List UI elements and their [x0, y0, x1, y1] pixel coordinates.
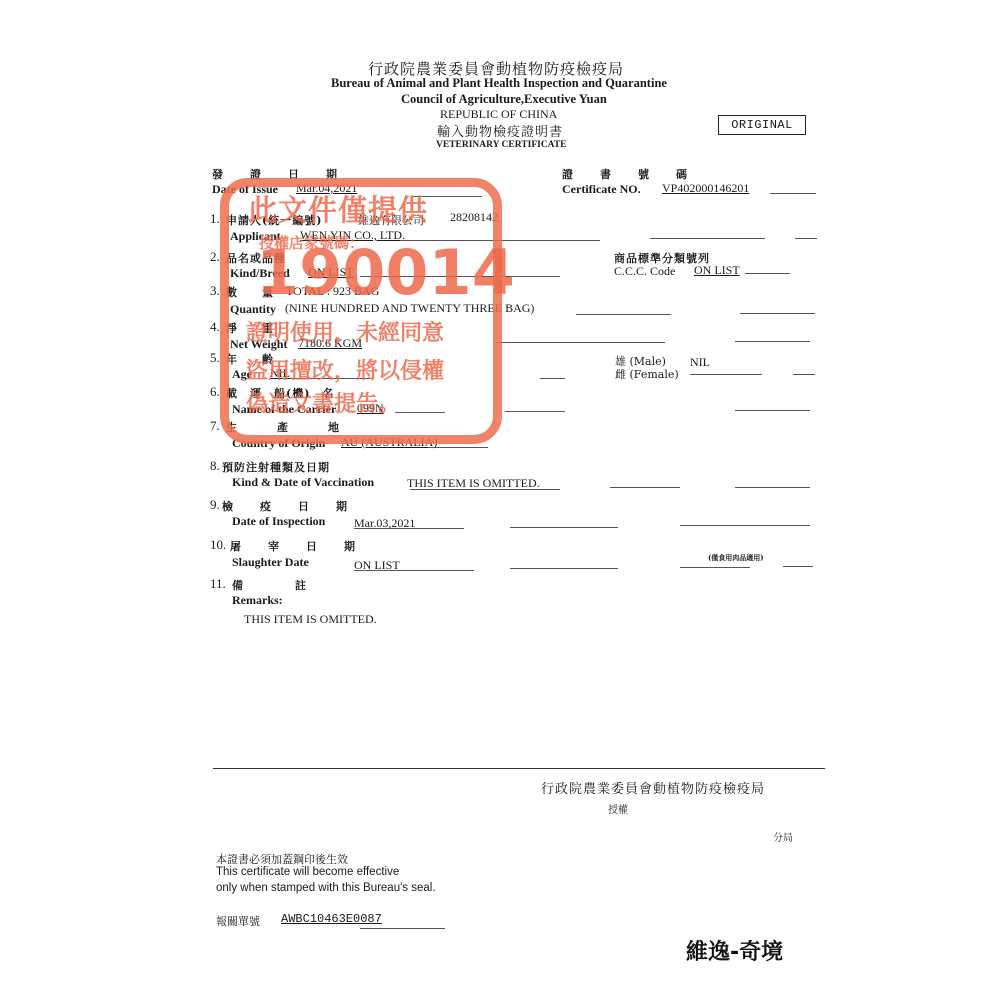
doc-title-en: VETERINARY CERTIFICATE: [436, 140, 567, 150]
bureau-title-en: Bureau of Animal and Plant Health Inspec…: [331, 76, 667, 91]
slaughter-label-zh: 屠 宰 日 期: [230, 538, 363, 554]
country-title: REPUBLIC OF CHINA: [440, 107, 557, 122]
origin-value: AU (AUSTRALIA): [341, 435, 437, 450]
vaccination-label-zh: 預防注射種類及日期: [222, 459, 330, 475]
origin-label-zh: 生 產 地: [226, 419, 345, 435]
doc-title-zh: 輸入動物檢疫證明書: [437, 121, 563, 140]
stamp-line-3: 190014: [256, 242, 515, 304]
certificate-number: VP402000146201: [662, 181, 749, 196]
validity-zh: 本證書必須加蓋鋼印後生效: [216, 851, 348, 867]
slaughter-num: 10.: [210, 537, 226, 553]
slaughter-label: Slaughter Date: [232, 555, 309, 570]
vaccination-num: 8.: [210, 458, 220, 474]
validity-en-2: only when stamped with this Bureau's sea…: [216, 882, 436, 894]
inspection-label-zh: 檢 疫 日 期: [222, 498, 355, 514]
vaccination-label: Kind & Date of Vaccination: [232, 475, 374, 490]
stamp-line-4: 證明使用，未經同意: [246, 316, 444, 347]
certificate-label-zh: 證 書 號 碼: [562, 166, 695, 182]
quantity-num: 3.: [210, 283, 220, 299]
remarks-num: 11.: [210, 576, 226, 592]
remarks-label: Remarks:: [232, 593, 283, 608]
carrier-num: 6.: [210, 384, 220, 400]
applicant-tax-id: 28208142: [450, 210, 498, 225]
sex-value: NIL: [690, 355, 710, 370]
ccc-value: ON LIST: [694, 263, 740, 278]
remarks-value: THIS ITEM IS OMITTED.: [244, 612, 377, 627]
kind-num: 2.: [210, 249, 220, 265]
stamp-line-5: 盜用擅改，將以侵權: [246, 354, 444, 385]
age-num: 5.: [210, 350, 220, 366]
issue-date-label-zh: 發 證 日 期: [212, 166, 345, 182]
validity-en-1: This certificate will become effective: [216, 866, 399, 878]
authorized-zh: 授權: [608, 801, 628, 816]
council-title: Council of Agriculture,Executive Yuan: [401, 92, 607, 107]
inspection-label: Date of Inspection: [232, 514, 325, 529]
origin-label: Country of Origin: [232, 436, 325, 451]
remarks-label-zh: 備 註: [232, 577, 316, 593]
declaration-label-zh: 報關單號: [216, 913, 260, 929]
certificate-label: Certificate NO.: [562, 182, 641, 197]
ccc-label: C.C.C. Code: [614, 264, 675, 279]
sex-female-label: 雌 (Female): [615, 366, 679, 382]
authority-zh: 行政院農業委員會動植物防疫檢疫局: [541, 778, 765, 797]
stamp-line-6: 偽造文書提告。: [246, 387, 400, 418]
brand-label: 維逸-奇境: [686, 935, 783, 966]
stamp-line-1: 此文件僅提供: [248, 188, 428, 229]
applicant-num: 1.: [210, 211, 220, 227]
declaration-number: AWBC10463E0087: [281, 912, 382, 926]
net-weight-num: 4.: [210, 319, 220, 335]
slaughter-note: (僅食用肉品適用): [708, 553, 764, 563]
branch-zh: 分局: [773, 829, 793, 844]
origin-num: 7.: [210, 418, 220, 434]
inspection-num: 9.: [210, 497, 220, 513]
original-badge: ORIGINAL: [718, 115, 806, 135]
